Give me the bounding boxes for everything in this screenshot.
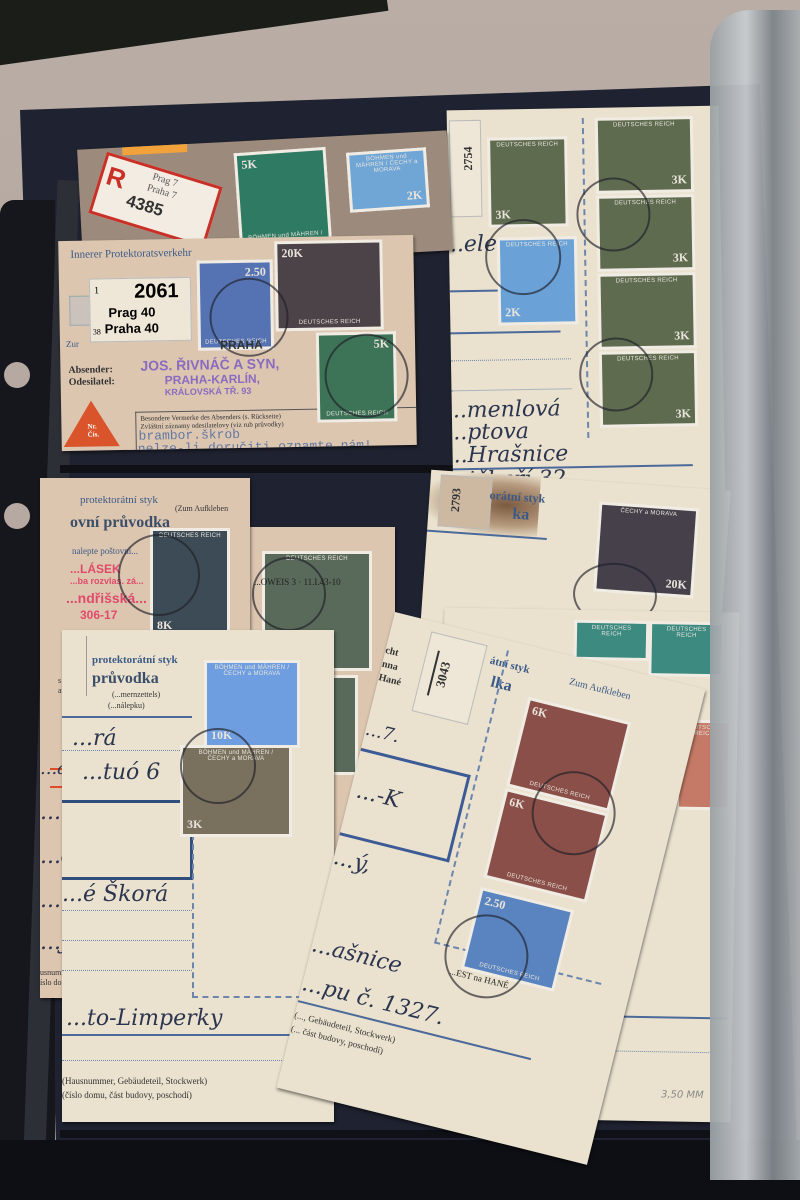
triangle-label-text: Nr. (87, 422, 96, 430)
postmark-text: PRAHA (220, 338, 263, 353)
form-dotted-rule (62, 750, 192, 751)
stamp: 20KDEUTSCHES REICH (274, 239, 384, 331)
form-title: průvodka (92, 670, 159, 688)
form-text: nna (381, 659, 399, 674)
stamp: DEUTSCHES REICH3K (487, 136, 569, 227)
pink-rubber-stamp: ...LÁSEK (70, 562, 121, 576)
address-box (62, 800, 193, 880)
parcel-number: 2793 (448, 488, 465, 513)
triangle-label-text: Čís. (88, 430, 100, 438)
stamp: DEUTSCHES REICH (574, 620, 650, 661)
address-box (339, 748, 470, 863)
form-rule (450, 330, 560, 334)
form-subtitle: (...nálepku) (108, 701, 145, 710)
sender-rubber-stamp: KRÁLOVSKÁ TŘ. 93 (165, 386, 252, 398)
handwritten-line: ...rá (72, 726, 117, 751)
form-text: Zur (66, 339, 79, 349)
form-header: protektorátní styk (80, 494, 158, 506)
postmark (252, 557, 326, 631)
parcel-number-label: 3043 (412, 631, 488, 725)
form-header: protektorátní styk (92, 654, 178, 666)
form-subtitle: (...mernzettels) (112, 690, 160, 699)
handwritten-line: ...tuó 6 (82, 760, 160, 785)
parcel-number: 2754 (461, 146, 476, 170)
form-text: (Zum Aufkleben (175, 504, 228, 513)
handwritten-line: ...ý, (331, 845, 373, 878)
parcel-number: 2061 (134, 280, 179, 304)
pencil-price-note: 3,50 MM (661, 1089, 704, 1101)
glassine-interleaf (710, 10, 800, 1180)
postmark (180, 728, 256, 804)
handwritten-line: ...7. (363, 719, 401, 748)
form-rule (62, 1034, 302, 1036)
parcel-card-top-right: 2754 ...ele ...menlová ...ptova ...Hrašn… (447, 106, 726, 503)
handwritten-line: ...to-Limperky (66, 1006, 222, 1031)
form-title: ka (512, 506, 530, 525)
label-bottom-number: 38 (93, 327, 101, 336)
postmark (118, 534, 200, 616)
stamp (330, 675, 358, 775)
punch-hole (4, 503, 30, 529)
form-dotted-rule (451, 358, 571, 361)
sender-label: Absender: (68, 364, 113, 376)
handwritten-line: ...Hrašnice (447, 441, 569, 468)
form-dotted-rule (62, 970, 192, 971)
album-bottom-shadow (0, 1140, 800, 1200)
stamp-area-border (192, 834, 302, 998)
parcel-card-top-left: Innerer Protektoratsverkehr 1 2061 Prag … (58, 235, 417, 451)
postmark-text: ...OWEIS 3 · 11.I.43-10 (254, 577, 341, 587)
label-small-number: 1 (94, 285, 99, 296)
form-rule (62, 716, 192, 718)
parcel-number-label: 1 2061 Prag 40 Praha 40 38 (89, 277, 192, 343)
form-header: Innerer Protektoratsverkehr (70, 247, 191, 261)
label-edge (86, 636, 87, 696)
form-dotted-rule (451, 388, 571, 391)
handwritten-line: ...é Škorá (62, 882, 168, 907)
form-dotted-rule (62, 910, 192, 911)
stamp: BÖHMEN und MÄHREN / ČECHY a MORAVA2K (346, 147, 430, 212)
punch-hole (4, 362, 30, 388)
form-text: Hané (377, 672, 402, 688)
parcel-number-label: 2793 (437, 474, 493, 530)
sender-label-cz: Odesilatel: (69, 376, 115, 388)
pink-rubber-stamp: 306-17 (80, 608, 117, 622)
form-dotted-rule (62, 940, 192, 941)
stock-strip (60, 1130, 740, 1138)
form-footer-cz: (číslo domu, část budovy, poschodí) (62, 1090, 192, 1100)
form-dotted-rule (62, 1060, 302, 1061)
parcel-office-cz: Praha 40 (105, 320, 159, 336)
registration-letter: R (103, 160, 130, 195)
form-text: cht (384, 645, 400, 659)
handwritten-line: ...ašnice (309, 932, 404, 978)
parcel-number-label: 2754 (449, 120, 483, 218)
form-footer: (Hausnummer, Gebäudeteil, Stockwerk) (62, 1076, 207, 1086)
parcel-office: Prag 40 (108, 304, 155, 320)
